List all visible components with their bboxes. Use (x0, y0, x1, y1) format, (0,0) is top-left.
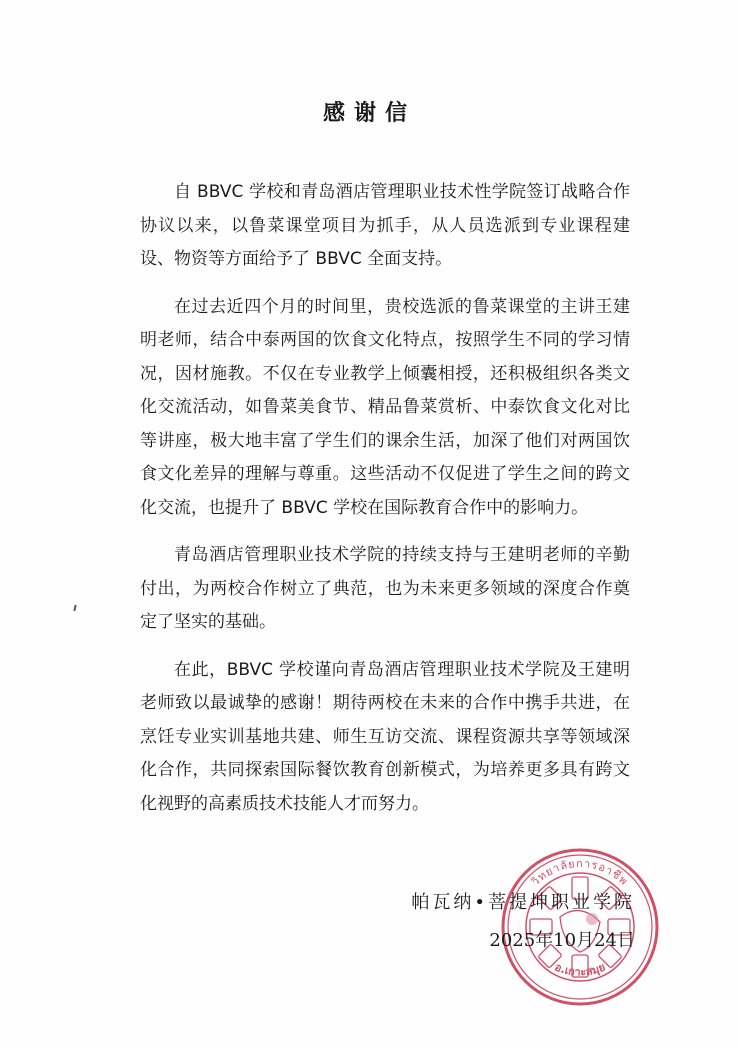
signature-date: 2025年10月24日 (489, 926, 635, 952)
letter-page: 感谢信 自 BBVC 学校和青岛酒店管理职业技术性学院签订战略合作协议以来，以鲁… (0, 0, 739, 1047)
scan-artifact-mark (73, 605, 76, 611)
letter-body: 自 BBVC 学校和青岛酒店管理职业技术性学院签订战略合作协议以来，以鲁菜课堂项… (140, 176, 630, 835)
paragraph-support: 青岛酒店管理职业技术学院的持续支持与王建明老师的辛勤付出，为两校合作树立了典范，… (140, 539, 630, 640)
svg-text:อ.เกาะสมุย: อ.เกาะสมุย (553, 960, 608, 978)
paragraph-intro: 自 BBVC 学校和青岛酒店管理职业技术性学院签订战略合作协议以来，以鲁菜课堂项… (140, 176, 630, 277)
signature-institution: 帕瓦纳•菩提坤职业学院 (411, 888, 635, 914)
paragraph-teaching: 在过去近四个月的时间里，贵校选派的鲁菜课堂的主讲王建明老师，结合中泰两国的饮食文… (140, 291, 630, 526)
letter-title: 感谢信 (0, 96, 739, 127)
paragraph-thanks: 在此，BBVC 学校谨向青岛酒店管理职业技术学院及王建明老师致以最诚挚的感谢！期… (140, 654, 630, 822)
